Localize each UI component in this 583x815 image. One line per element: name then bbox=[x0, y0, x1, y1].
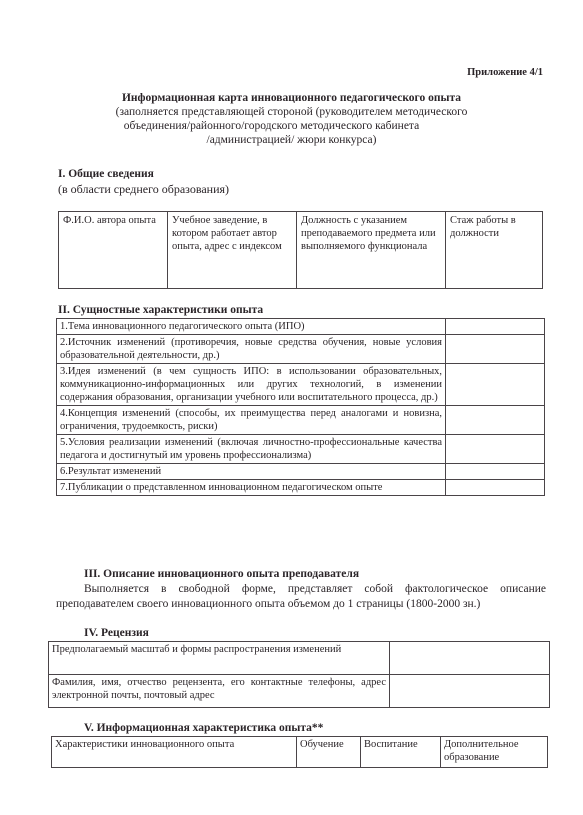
document-title: Информационная карта инновационного педа… bbox=[0, 91, 583, 105]
col-author-name: Ф.И.О. автора опыта bbox=[59, 212, 168, 289]
general-info-table: Ф.И.О. автора опыта Учебное заведение, в… bbox=[58, 211, 543, 289]
row-value[interactable] bbox=[446, 364, 545, 406]
table-row: Фамилия, имя, отчество рецензента, его к… bbox=[49, 675, 550, 708]
row-value[interactable] bbox=[446, 406, 545, 435]
review-table: Предполагаемый масштаб и формы распростр… bbox=[48, 641, 550, 708]
row-value[interactable] bbox=[390, 642, 550, 675]
row-value[interactable] bbox=[390, 675, 550, 708]
document-header: Информационная карта инновационного педа… bbox=[0, 91, 583, 147]
col-teaching: Обучение bbox=[297, 737, 361, 768]
col-experience: Стаж работы в должности bbox=[446, 212, 543, 289]
row-value[interactable] bbox=[446, 480, 545, 496]
row-label: 6.Результат изменений bbox=[57, 464, 446, 480]
row-value[interactable] bbox=[446, 435, 545, 464]
appendix-label: Приложение 4/1 bbox=[467, 67, 543, 78]
table-row: 7.Публикации о представленном инновацион… bbox=[57, 480, 545, 496]
section4-heading: IV. Рецензия bbox=[84, 627, 149, 639]
col-upbringing: Воспитание bbox=[361, 737, 441, 768]
section2-heading: II. Сущностные характеристики опыта bbox=[58, 304, 263, 316]
table-row: Предполагаемый масштаб и формы распростр… bbox=[49, 642, 550, 675]
row-label: 4.Концепция изменений (способы, их преим… bbox=[57, 406, 446, 435]
table-row: 4.Концепция изменений (способы, их преим… bbox=[57, 406, 545, 435]
table-row: 3.Идея изменений (в чем сущность ИПО: в … bbox=[57, 364, 545, 406]
section3-heading: III. Описание инновационного опыта препо… bbox=[84, 568, 359, 580]
characteristics-table: 1.Тема инновационного педагогического оп… bbox=[56, 318, 545, 496]
row-value[interactable] bbox=[446, 335, 545, 364]
section5-heading: V. Информационная характеристика опыта** bbox=[84, 722, 323, 734]
row-label: Предполагаемый масштаб и формы распростр… bbox=[49, 642, 390, 675]
table-row: 6.Результат изменений bbox=[57, 464, 545, 480]
col-characteristics: Характеристики инновационного опыта bbox=[52, 737, 297, 768]
row-value[interactable] bbox=[446, 319, 545, 335]
section1-subheading: (в области среднего образования) bbox=[58, 182, 229, 197]
row-label: Фамилия, имя, отчество рецензента, его к… bbox=[49, 675, 390, 708]
row-label: 7.Публикации о представленном инновацион… bbox=[57, 480, 446, 496]
subtitle-line-2: объединения/районного/городского методич… bbox=[0, 119, 583, 133]
row-label: 3.Идея изменений (в чем сущность ИПО: в … bbox=[57, 364, 446, 406]
subtitle-line-1: (заполняется представляющей стороной (ру… bbox=[0, 105, 583, 119]
col-position: Должность с указанием преподаваемого пре… bbox=[297, 212, 446, 289]
row-label: 5.Условия реализации изменений (включая … bbox=[57, 435, 446, 464]
table-row: 5.Условия реализации изменений (включая … bbox=[57, 435, 545, 464]
row-value[interactable] bbox=[446, 464, 545, 480]
col-additional-education: Дополнительное образование bbox=[441, 737, 548, 768]
row-label: 2.Источник изменений (противоречия, новы… bbox=[57, 335, 446, 364]
row-label: 1.Тема инновационного педагогического оп… bbox=[57, 319, 446, 335]
table-row: 1.Тема инновационного педагогического оп… bbox=[57, 319, 545, 335]
experience-info-table: Характеристики инновационного опыта Обуч… bbox=[51, 736, 548, 768]
subtitle-line-3: /администрацией/ жюри конкурса) bbox=[0, 133, 583, 147]
table-row: 2.Источник изменений (противоречия, новы… bbox=[57, 335, 545, 364]
col-institution: Учебное заведение, в котором работает ав… bbox=[168, 212, 297, 289]
section1-heading: I. Общие сведения bbox=[58, 168, 154, 180]
section3-text: Выполняется в свободной форме, представл… bbox=[56, 582, 546, 612]
